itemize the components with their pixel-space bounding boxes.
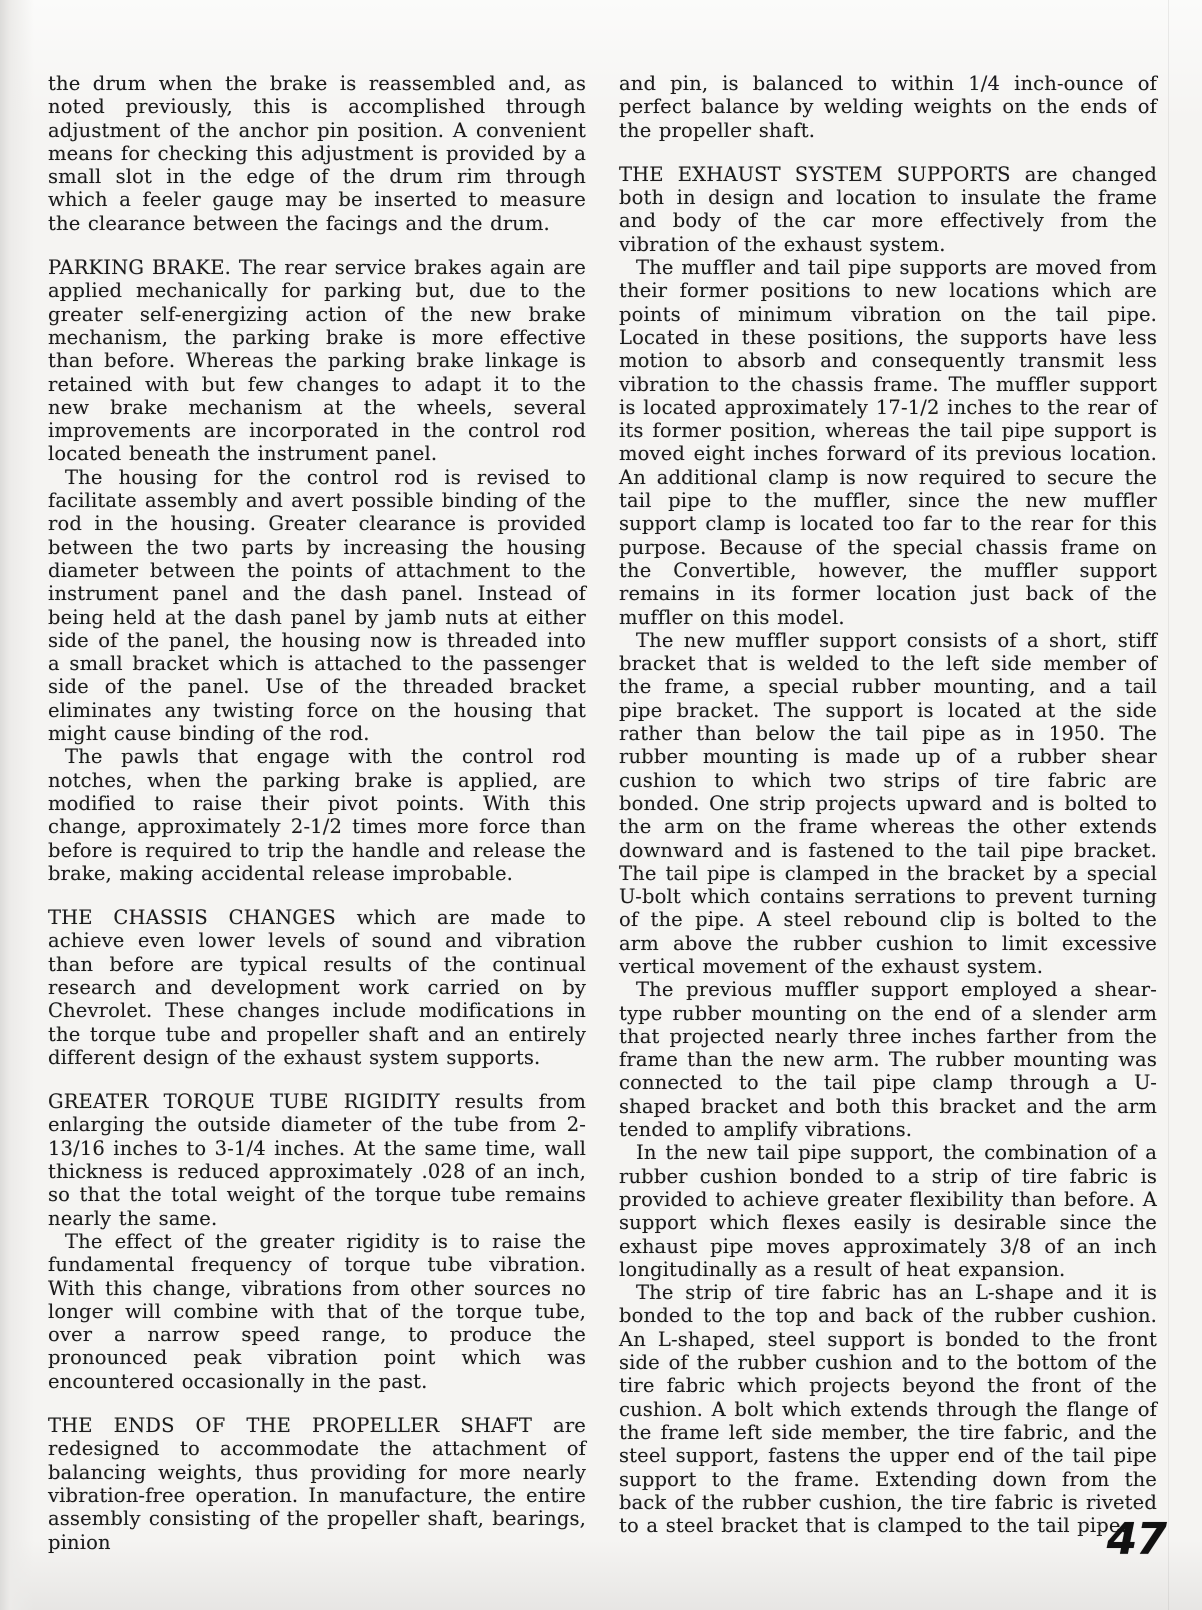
left-column: the drum when the brake is reassembled a…	[48, 72, 586, 1554]
paragraph-previous-support: The previous muffler support employed a …	[619, 978, 1157, 1141]
paragraph-parking-brake: PARKING BRAKE. The rear service brakes a…	[48, 256, 586, 466]
document-page: the drum when the brake is reassembled a…	[0, 0, 1202, 1610]
paragraph-muffler-tailpipe: The muffler and tail pipe supports are m…	[619, 256, 1157, 629]
paragraph-tire-fabric-strip: The strip of tire fabric has an L-shape …	[619, 1281, 1157, 1537]
paragraph-chassis-changes: THE CHASSIS CHANGES which are made to ac…	[48, 906, 586, 1069]
paragraph-drum-adjustment: the drum when the brake is reassembled a…	[48, 72, 586, 235]
paragraph-exhaust-supports: THE EXHAUST SYSTEM SUPPORTS are changed …	[619, 163, 1157, 256]
paragraph-new-muffler-support: The new muffler support consists of a sh…	[619, 629, 1157, 978]
paragraph-torque-tube-rigidity: GREATER TORQUE TUBE RIGIDITY results fro…	[48, 1090, 586, 1230]
paragraph-pawls: The pawls that engage with the control r…	[48, 745, 586, 885]
paragraph-balance-continuation: and pin, is balanced to within 1/4 inch-…	[619, 72, 1157, 142]
paragraph-rigidity-effect: The effect of the greater rigidity is to…	[48, 1230, 586, 1393]
paragraph-control-rod-housing: The housing for the control rod is revis…	[48, 466, 586, 746]
right-column: and pin, is balanced to within 1/4 inch-…	[619, 72, 1157, 1554]
text-columns: the drum when the brake is reassembled a…	[48, 72, 1158, 1554]
paragraph-propeller-shaft-ends: THE ENDS OF THE PROPELLER SHAFT are rede…	[48, 1414, 586, 1554]
scan-edge-line	[1168, 0, 1169, 1610]
page-number: 47	[1107, 1514, 1166, 1565]
paragraph-new-tailpipe-support: In the new tail pipe support, the combin…	[619, 1141, 1157, 1281]
